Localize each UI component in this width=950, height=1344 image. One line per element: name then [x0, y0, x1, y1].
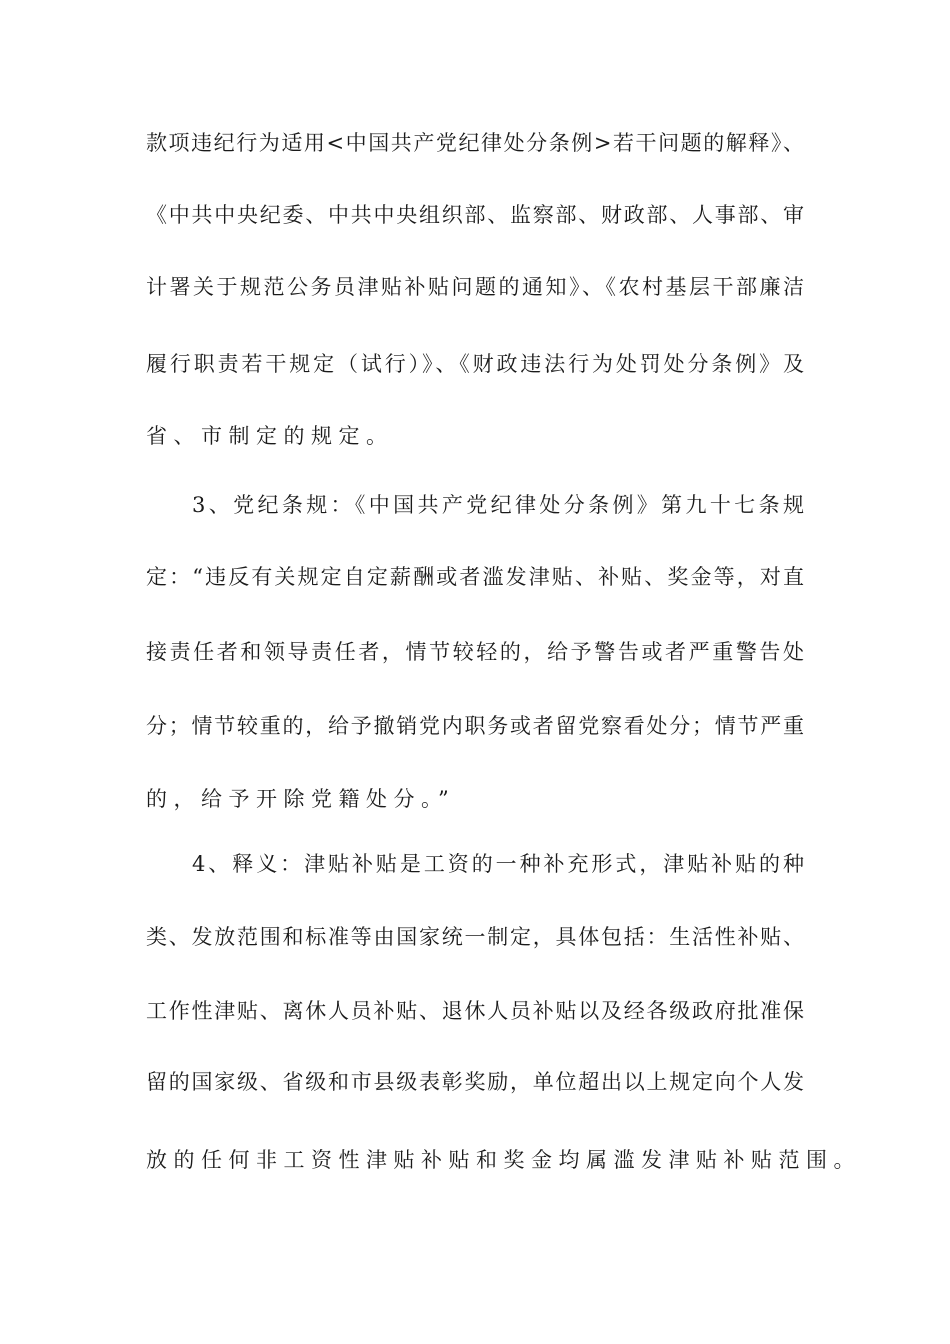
- text-line: 工作性津贴、离休人员补贴、退休人员补贴以及经各级政府批准保: [146, 997, 804, 1025]
- text-line: 履行职责若干规定（试行）》、《财政违法行为处罚处分条例》及: [146, 350, 804, 378]
- text-line: 《中共中央纪委、中共中央组织部、监察部、财政部、人事部、审: [146, 201, 804, 229]
- text-line: 类、发放范围和标准等由国家统一制定，具体包括：生活性补贴、: [146, 923, 804, 951]
- text-line: 接责任者和领导责任者，情节较轻的，给予警告或者严重警告处: [146, 638, 804, 666]
- document-page: 款项违纪行为适用<中国共产党纪律处分条例>若干问题的解释》、 《中共中央纪委、中…: [0, 0, 950, 1344]
- text-line: 留的国家级、省级和市县级表彰奖励，单位超出以上规定向个人发: [146, 1068, 804, 1096]
- text-line: 省、市制定的规定。: [146, 422, 804, 450]
- text-line: 的，给予开除党籍处分。”: [146, 785, 804, 813]
- paragraph-4-heading-line: 4、释义：津贴补贴是工资的一种补充形式，津贴补贴的种: [192, 850, 804, 878]
- paragraph-3-heading-line: 3、党纪条规：《中国共产党纪律处分条例》第九十七条规: [192, 491, 804, 519]
- text-line: 分；情节较重的，给予撤销党内职务或者留党察看处分；情节严重: [146, 712, 804, 740]
- text-line: 计署关于规范公务员津贴补贴问题的通知》、《农村基层干部廉洁: [146, 273, 804, 301]
- text-line: 放的任何非工资性津贴补贴和奖金均属滥发津贴补贴范围。: [146, 1146, 804, 1174]
- text-line: 款项违纪行为适用<中国共产党纪律处分条例>若干问题的解释》、: [146, 129, 804, 157]
- text-line: 定：“违反有关规定自定薪酬或者滥发津贴、补贴、奖金等，对直: [146, 563, 804, 591]
